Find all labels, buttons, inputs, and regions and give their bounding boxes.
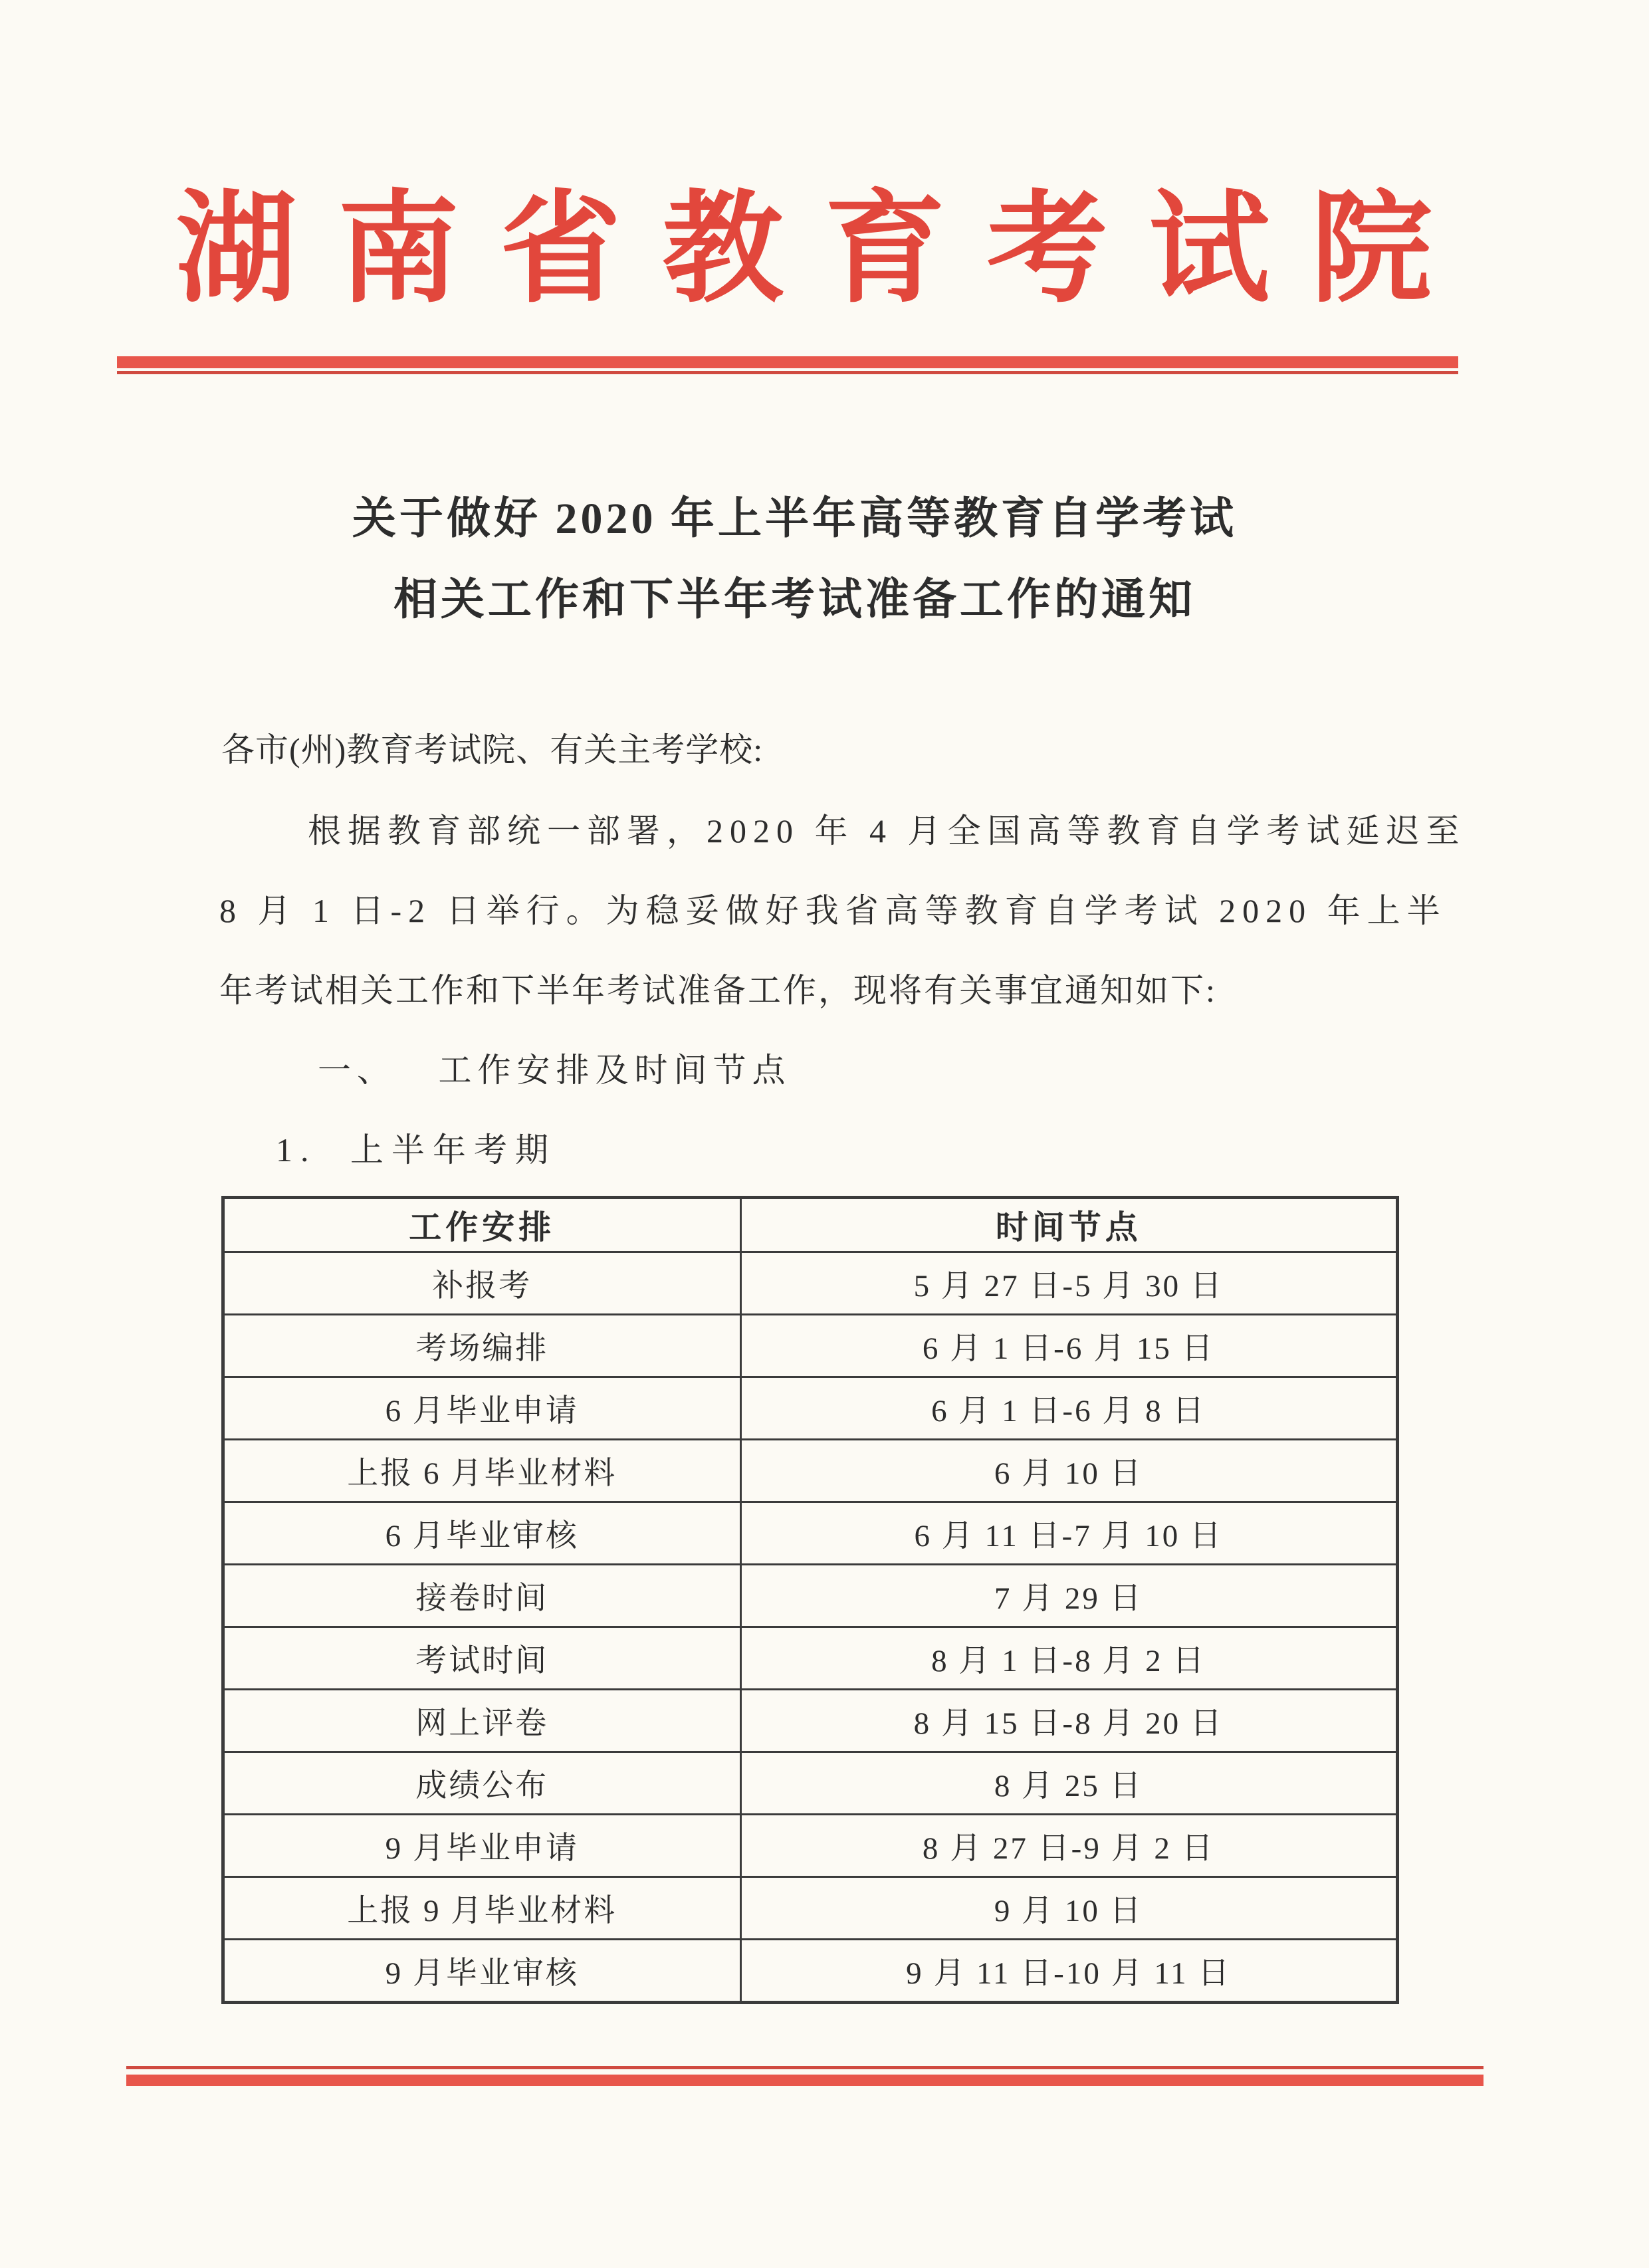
table-row: 9 月毕业申请 8 月 27 日-9 月 2 日 bbox=[223, 1815, 1397, 1877]
table-row: 考场编排 6 月 1 日-6 月 15 日 bbox=[223, 1315, 1397, 1377]
document-title-line-1: 关于做好 2020 年上半年高等教育自学考试 bbox=[0, 483, 1619, 546]
task-cell: 网上评卷 bbox=[223, 1690, 740, 1752]
task-cell: 接卷时间 bbox=[223, 1565, 740, 1627]
column-header-time: 时间节点 bbox=[740, 1198, 1397, 1252]
list-item-first-half-exam: 1. 上半年考期 bbox=[276, 1130, 556, 1170]
schedule-table: 工作安排 时间节点 补报考 5 月 27 日-5 月 30 日 考场编排 6 月… bbox=[222, 1196, 1398, 2003]
column-header-task: 工作安排 bbox=[223, 1198, 740, 1252]
table-header-row: 工作安排 时间节点 bbox=[223, 1198, 1397, 1252]
footer-rule-thick bbox=[126, 2075, 1484, 2086]
time-cell: 6 月 1 日-6 月 8 日 bbox=[740, 1377, 1397, 1440]
table-row: 上报 6 月毕业材料 6 月 10 日 bbox=[223, 1440, 1397, 1502]
task-cell: 补报考 bbox=[223, 1252, 740, 1315]
time-cell: 6 月 11 日-7 月 10 日 bbox=[740, 1502, 1397, 1565]
body-paragraph-line-2: 8 月 1 日-2 日举行。为稳妥做好我省高等教育自学考试 2020 年上半 bbox=[219, 891, 1447, 931]
task-cell: 6 月毕业申请 bbox=[223, 1377, 740, 1440]
section-heading: 一、 工作安排及时间节点 bbox=[318, 1050, 792, 1090]
table-row: 补报考 5 月 27 日-5 月 30 日 bbox=[223, 1252, 1397, 1315]
time-cell: 8 月 25 日 bbox=[740, 1752, 1397, 1815]
time-cell: 6 月 1 日-6 月 15 日 bbox=[740, 1315, 1397, 1377]
header-rule-thick bbox=[117, 356, 1458, 368]
table-row: 网上评卷 8 月 15 日-8 月 20 日 bbox=[223, 1690, 1397, 1752]
task-cell: 上报 6 月毕业材料 bbox=[223, 1440, 740, 1502]
salutation: 各市(州)教育考试院、有关主考学校: bbox=[221, 730, 763, 770]
table-row: 考试时间 8 月 1 日-8 月 2 日 bbox=[223, 1627, 1397, 1690]
task-cell: 考试时间 bbox=[223, 1627, 740, 1690]
task-cell: 9 月毕业申请 bbox=[223, 1815, 740, 1877]
organization-name: 湖南省教育考试院 bbox=[0, 181, 1649, 320]
task-cell: 9 月毕业审核 bbox=[223, 1940, 740, 2003]
time-cell: 6 月 10 日 bbox=[740, 1440, 1397, 1502]
time-cell: 5 月 27 日-5 月 30 日 bbox=[740, 1252, 1397, 1315]
table-row: 上报 9 月毕业材料 9 月 10 日 bbox=[223, 1877, 1397, 1940]
time-cell: 9 月 10 日 bbox=[740, 1877, 1397, 1940]
task-cell: 上报 9 月毕业材料 bbox=[223, 1877, 740, 1940]
body-paragraph-line-1: 根据教育部统一部署，2020 年 4 月全国高等教育自学考试延迟至 bbox=[308, 811, 1466, 851]
time-cell: 9 月 11 日-10 月 11 日 bbox=[740, 1940, 1397, 2003]
body-paragraph-line-3: 年考试相关工作和下半年考试准备工作，现将有关事宜通知如下: bbox=[219, 970, 1217, 1010]
document-title-line-2: 相关工作和下半年考试准备工作的通知 bbox=[0, 564, 1619, 627]
time-cell: 8 月 15 日-8 月 20 日 bbox=[740, 1690, 1397, 1752]
time-cell: 8 月 1 日-8 月 2 日 bbox=[740, 1627, 1397, 1690]
task-cell: 6 月毕业审核 bbox=[223, 1502, 740, 1565]
task-cell: 成绩公布 bbox=[223, 1752, 740, 1815]
task-cell: 考场编排 bbox=[223, 1315, 740, 1377]
header-rule-thin bbox=[117, 371, 1458, 374]
time-cell: 8 月 27 日-9 月 2 日 bbox=[740, 1815, 1397, 1877]
table-row: 接卷时间 7 月 29 日 bbox=[223, 1565, 1397, 1627]
table-row: 成绩公布 8 月 25 日 bbox=[223, 1752, 1397, 1815]
time-cell: 7 月 29 日 bbox=[740, 1565, 1397, 1627]
letterhead-document-page: 湖南省教育考试院 关于做好 2020 年上半年高等教育自学考试 相关工作和下半年… bbox=[0, 0, 1649, 2268]
table-row: 6 月毕业审核 6 月 11 日-7 月 10 日 bbox=[223, 1502, 1397, 1565]
table-row: 6 月毕业申请 6 月 1 日-6 月 8 日 bbox=[223, 1377, 1397, 1440]
footer-rule-thin bbox=[126, 2066, 1484, 2069]
table-row: 9 月毕业审核 9 月 11 日-10 月 11 日 bbox=[223, 1940, 1397, 2003]
